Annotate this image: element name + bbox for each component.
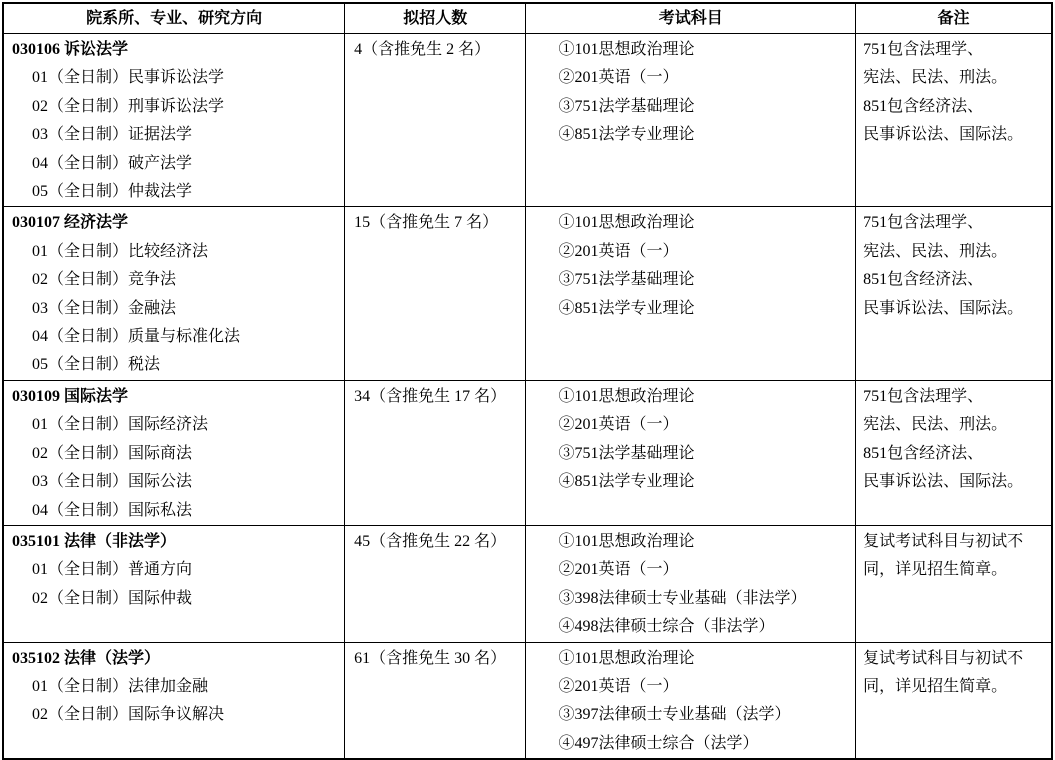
research-direction: 03（全日制）金融法	[12, 295, 340, 323]
exam-subject: ②201英语（一）	[558, 64, 851, 92]
exam-subjects-cell: ①101思想政治理论②201英语（一）③751法学基础理论④851法学专业理论	[526, 34, 856, 207]
program-title: 030106 诉讼法学	[12, 36, 340, 64]
enrollment-cell: 4（含推免生 2 名）	[345, 34, 526, 207]
research-direction: 01（全日制）比较经济法	[12, 238, 340, 266]
col-header-remarks: 备注	[856, 3, 1052, 34]
exam-subjects-cell: ①101思想政治理论②201英语（一）③751法学基础理论④851法学专业理论	[526, 380, 856, 525]
header-row: 院系所、专业、研究方向 拟招人数 考试科目 备注	[3, 3, 1052, 34]
remark-line: 751包含法理学、	[863, 36, 1047, 64]
exam-subject: ①101思想政治理论	[558, 645, 851, 673]
admissions-table: 院系所、专业、研究方向 拟招人数 考试科目 备注 030106 诉讼法学01（全…	[2, 2, 1053, 760]
research-direction: 01（全日制）普通方向	[12, 556, 340, 584]
exam-subject: ③751法学基础理论	[558, 93, 851, 121]
remark-line: 宪法、民法、刑法。	[863, 64, 1047, 92]
remark-line: 宪法、民法、刑法。	[863, 411, 1047, 439]
program-cell: 035101 法律（非法学）01（全日制）普通方向02（全日制）国际仲裁	[3, 525, 345, 642]
program-title: 035101 法律（非法学）	[12, 528, 340, 556]
program-cell: 030107 经济法学01（全日制）比较经济法02（全日制）竞争法03（全日制）…	[3, 207, 345, 380]
research-direction: 04（全日制）破产法学	[12, 150, 340, 178]
table-row: 030109 国际法学01（全日制）国际经济法02（全日制）国际商法03（全日制…	[3, 380, 1052, 525]
program-title: 030107 经济法学	[12, 209, 340, 237]
exam-subject: ③751法学基础理论	[558, 440, 851, 468]
research-direction: 03（全日制）证据法学	[12, 121, 340, 149]
research-direction: 04（全日制）质量与标准化法	[12, 323, 340, 351]
enrollment-count: 15（含推免生 7 名）	[354, 209, 521, 237]
research-direction: 01（全日制）法律加金融	[12, 673, 340, 701]
remark-line: 同，详见招生简章。	[863, 673, 1047, 701]
remark-line: 同，详见招生简章。	[863, 556, 1047, 584]
remarks-cell: 751包含法理学、宪法、民法、刑法。851包含经济法、民事诉讼法、国际法。	[856, 34, 1052, 207]
table-row: 035101 法律（非法学）01（全日制）普通方向02（全日制）国际仲裁45（含…	[3, 525, 1052, 642]
remark-line: 751包含法理学、	[863, 209, 1047, 237]
remark-line: 851包含经济法、	[863, 93, 1047, 121]
program-cell: 035102 法律（法学）01（全日制）法律加金融02（全日制）国际争议解决	[3, 642, 345, 759]
exam-subject: ④851法学专业理论	[558, 121, 851, 149]
table-row: 030107 经济法学01（全日制）比较经济法02（全日制）竞争法03（全日制）…	[3, 207, 1052, 380]
exam-subject: ②201英语（一）	[558, 238, 851, 266]
exam-subject: ④851法学专业理论	[558, 468, 851, 496]
research-direction: 02（全日制）刑事诉讼法学	[12, 93, 340, 121]
document-page: 院系所、专业、研究方向 拟招人数 考试科目 备注 030106 诉讼法学01（全…	[0, 0, 1055, 750]
program-title: 035102 法律（法学）	[12, 645, 340, 673]
enrollment-cell: 15（含推免生 7 名）	[345, 207, 526, 380]
remark-line: 民事诉讼法、国际法。	[863, 295, 1047, 323]
exam-subject: ③397法律硕士专业基础（法学）	[558, 701, 851, 729]
table-row: 030106 诉讼法学01（全日制）民事诉讼法学02（全日制）刑事诉讼法学03（…	[3, 34, 1052, 207]
research-direction: 02（全日制）竞争法	[12, 266, 340, 294]
program-cell: 030109 国际法学01（全日制）国际经济法02（全日制）国际商法03（全日制…	[3, 380, 345, 525]
enrollment-count: 61（含推免生 30 名）	[354, 645, 521, 673]
remark-line: 复试考试科目与初试不	[863, 645, 1047, 673]
exam-subject: ④497法律硕士综合（法学）	[558, 730, 851, 758]
exam-subject: ②201英语（一）	[558, 556, 851, 584]
remarks-cell: 751包含法理学、宪法、民法、刑法。851包含经济法、民事诉讼法、国际法。	[856, 207, 1052, 380]
exam-subject: ④851法学专业理论	[558, 295, 851, 323]
research-direction: 05（全日制）税法	[12, 351, 340, 379]
exam-subject: ①101思想政治理论	[558, 36, 851, 64]
research-direction: 01（全日制）国际经济法	[12, 411, 340, 439]
research-direction: 02（全日制）国际争议解决	[12, 701, 340, 729]
remark-line: 民事诉讼法、国际法。	[863, 468, 1047, 496]
program-cell: 030106 诉讼法学01（全日制）民事诉讼法学02（全日制）刑事诉讼法学03（…	[3, 34, 345, 207]
remark-line: 851包含经济法、	[863, 440, 1047, 468]
remark-line: 复试考试科目与初试不	[863, 528, 1047, 556]
research-direction: 03（全日制）国际公法	[12, 468, 340, 496]
exam-subjects-cell: ①101思想政治理论②201英语（一）③397法律硕士专业基础（法学）④497法…	[526, 642, 856, 759]
research-direction: 02（全日制）国际仲裁	[12, 585, 340, 613]
enrollment-cell: 61（含推免生 30 名）	[345, 642, 526, 759]
enrollment-count: 45（含推免生 22 名）	[354, 528, 521, 556]
col-header-exam-subjects: 考试科目	[526, 3, 856, 34]
research-direction: 05（全日制）仲裁法学	[12, 178, 340, 206]
research-direction: 01（全日制）民事诉讼法学	[12, 64, 340, 92]
exam-subject: ③398法律硕士专业基础（非法学）	[558, 585, 851, 613]
research-direction: 04（全日制）国际私法	[12, 497, 340, 525]
exam-subject: ③751法学基础理论	[558, 266, 851, 294]
program-title: 030109 国际法学	[12, 383, 340, 411]
enrollment-cell: 34（含推免生 17 名）	[345, 380, 526, 525]
table-row: 035102 法律（法学）01（全日制）法律加金融02（全日制）国际争议解决61…	[3, 642, 1052, 759]
exam-subject: ①101思想政治理论	[558, 209, 851, 237]
remarks-cell: 复试考试科目与初试不同，详见招生简章。	[856, 525, 1052, 642]
exam-subjects-cell: ①101思想政治理论②201英语（一）③398法律硕士专业基础（非法学）④498…	[526, 525, 856, 642]
remarks-cell: 复试考试科目与初试不同，详见招生简章。	[856, 642, 1052, 759]
exam-subject: ①101思想政治理论	[558, 528, 851, 556]
remark-line: 851包含经济法、	[863, 266, 1047, 294]
exam-subject: ④498法律硕士综合（非法学）	[558, 613, 851, 641]
exam-subject: ②201英语（一）	[558, 411, 851, 439]
remark-line: 民事诉讼法、国际法。	[863, 121, 1047, 149]
enrollment-cell: 45（含推免生 22 名）	[345, 525, 526, 642]
exam-subject: ②201英语（一）	[558, 673, 851, 701]
exam-subjects-cell: ①101思想政治理论②201英语（一）③751法学基础理论④851法学专业理论	[526, 207, 856, 380]
col-header-enrollment: 拟招人数	[345, 3, 526, 34]
remark-line: 751包含法理学、	[863, 383, 1047, 411]
enrollment-count: 4（含推免生 2 名）	[354, 36, 521, 64]
col-header-program: 院系所、专业、研究方向	[3, 3, 345, 34]
remark-line: 宪法、民法、刑法。	[863, 238, 1047, 266]
enrollment-count: 34（含推免生 17 名）	[354, 383, 521, 411]
research-direction: 02（全日制）国际商法	[12, 440, 340, 468]
remarks-cell: 751包含法理学、宪法、民法、刑法。851包含经济法、民事诉讼法、国际法。	[856, 380, 1052, 525]
exam-subject: ①101思想政治理论	[558, 383, 851, 411]
